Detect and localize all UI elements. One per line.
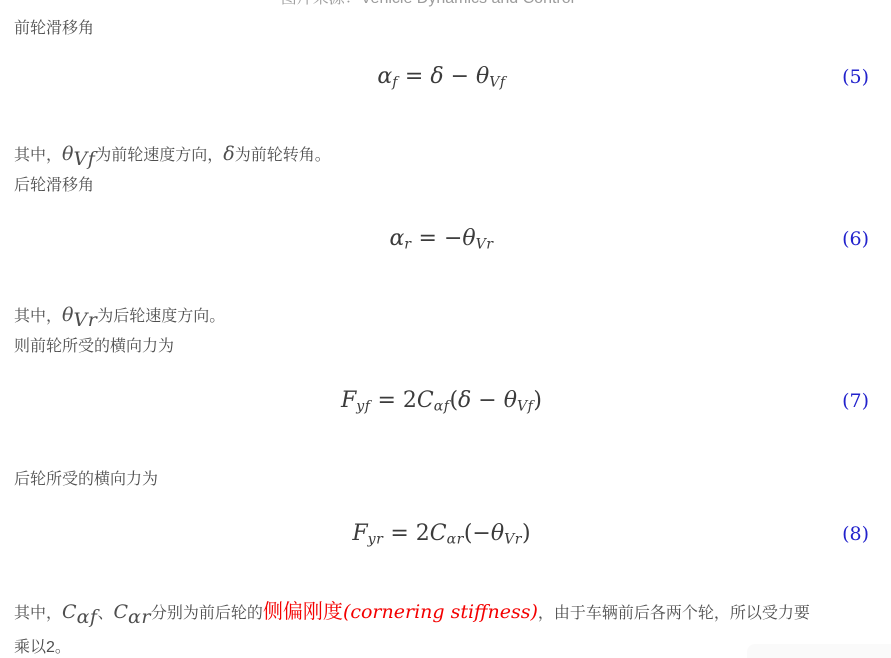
equation-8: Fyr = 2Cαr(−θVr) (8) — [14, 517, 869, 551]
paragraph-after-eq6: 其中，θVr为后轮速度方向。 则前轮所受的横向力为 — [14, 302, 225, 362]
text-run: θ — [62, 143, 73, 165]
text-run: 其中， — [14, 147, 62, 164]
text-run: θ — [462, 226, 475, 251]
text-run: αr — [128, 606, 151, 628]
paragraph-front-slip-title: 前轮滑移角 — [14, 14, 94, 44]
paragraph-theta-vf-explanation: 其中，θVf为前轮速度方向，δ为前轮转角。 — [14, 141, 331, 171]
text-run: αf — [77, 606, 98, 628]
text-run: Vr — [504, 532, 522, 548]
text-run: C — [430, 521, 447, 546]
text-run: = 2 — [383, 521, 429, 546]
text-run: δ — [430, 64, 443, 89]
paragraph-rear-slip-title: 后轮滑移角 — [14, 171, 331, 201]
equation-5: αf = δ − θVf (5) — [14, 60, 869, 94]
text-run: 、 — [97, 605, 113, 622]
text-run: 其中， — [14, 605, 62, 622]
text-run: 分别为前后轮的 — [151, 605, 263, 622]
text-run: 其中， — [14, 308, 62, 325]
text-run: δ — [223, 143, 234, 165]
article-content: 图片来源：Vehicle Dynamics and Control 前轮滑移角 … — [0, 0, 891, 658]
text-run: (− — [464, 521, 491, 546]
paragraph-theta-vr-explanation: 其中，θVr为后轮速度方向。 — [14, 302, 225, 332]
equation-8-number: (8) — [842, 523, 869, 545]
paragraph-front-force-intro: 则前轮所受的横向力为 — [14, 332, 225, 362]
equation-7: Fyf = 2Cαf(δ − θVf) (7) — [14, 384, 869, 418]
text-run: δ — [458, 388, 471, 413]
equation-7-number: (7) — [842, 390, 869, 412]
text-run: ) — [522, 521, 531, 546]
text-run: C — [417, 388, 434, 413]
text-run: C — [62, 601, 77, 623]
text-run: 为前轮速度方向， — [95, 147, 223, 164]
equation-7-math: Fyf = 2Cαf(δ − θVf) — [341, 387, 542, 415]
text-run: yr — [368, 532, 384, 548]
text-run: 为后轮速度方向。 — [97, 308, 225, 325]
paragraph-cornering-stiffness-line1: 其中，Cαf、Cαr分别为前后轮的侧偏刚度(cornering stiffnes… — [14, 595, 874, 631]
text-run: 侧偏刚度 — [263, 601, 343, 623]
text-run: = — [398, 64, 430, 89]
equation-6-number: (6) — [842, 228, 869, 250]
equation-8-math: Fyr = 2Cαr(−θVr) — [352, 520, 530, 548]
text-run: α — [377, 64, 392, 89]
text-run: Vr — [73, 309, 97, 331]
text-run: θ — [476, 64, 489, 89]
paragraph-rear-force-intro: 后轮所受的横向力为 — [14, 465, 158, 495]
equation-6-math: αr = −θVr — [389, 225, 493, 253]
text-run: αr — [447, 532, 464, 548]
text-run: ( — [449, 388, 458, 413]
image-source-caption: 图片来源：Vehicle Dynamics and Control — [0, 0, 855, 10]
text-run: Vr — [476, 237, 494, 253]
text-run: − — [444, 64, 476, 89]
text-run: = 2 — [370, 388, 416, 413]
text-run: θ — [491, 521, 504, 546]
text-run: C — [113, 601, 128, 623]
text-run: ，由于车辆前后各两个轮，所以受力要 — [538, 605, 810, 622]
text-run: yf — [356, 399, 370, 415]
text-run: θ — [504, 388, 517, 413]
text-run: r — [404, 237, 411, 253]
paragraph-cornering-stiffness: 其中，Cαf、Cαr分别为前后轮的侧偏刚度(cornering stiffnes… — [14, 595, 874, 658]
text-run: α — [389, 226, 404, 251]
paragraph-cornering-stiffness-line2: 乘以2。 — [14, 631, 874, 658]
text-run: 为前轮转角。 — [235, 147, 331, 164]
floating-overlay — [747, 644, 891, 658]
text-run: Vf — [517, 399, 533, 415]
text-run: θ — [62, 304, 73, 326]
text-run: Vf — [73, 148, 95, 170]
text-run: (cornering stiffness) — [343, 601, 538, 623]
text-run: F — [352, 521, 367, 546]
text-run: αf — [434, 399, 450, 415]
text-run: F — [341, 388, 356, 413]
text-run: = − — [412, 226, 463, 251]
text-run: − — [471, 388, 503, 413]
equation-6: αr = −θVr (6) — [14, 222, 869, 256]
text-run: ) — [533, 388, 542, 413]
equation-5-number: (5) — [842, 66, 869, 88]
text-run: Vf — [489, 75, 505, 91]
equation-5-math: αf = δ − θVf — [377, 63, 505, 91]
paragraph-after-eq5: 其中，θVf为前轮速度方向，δ为前轮转角。 后轮滑移角 — [14, 141, 331, 201]
